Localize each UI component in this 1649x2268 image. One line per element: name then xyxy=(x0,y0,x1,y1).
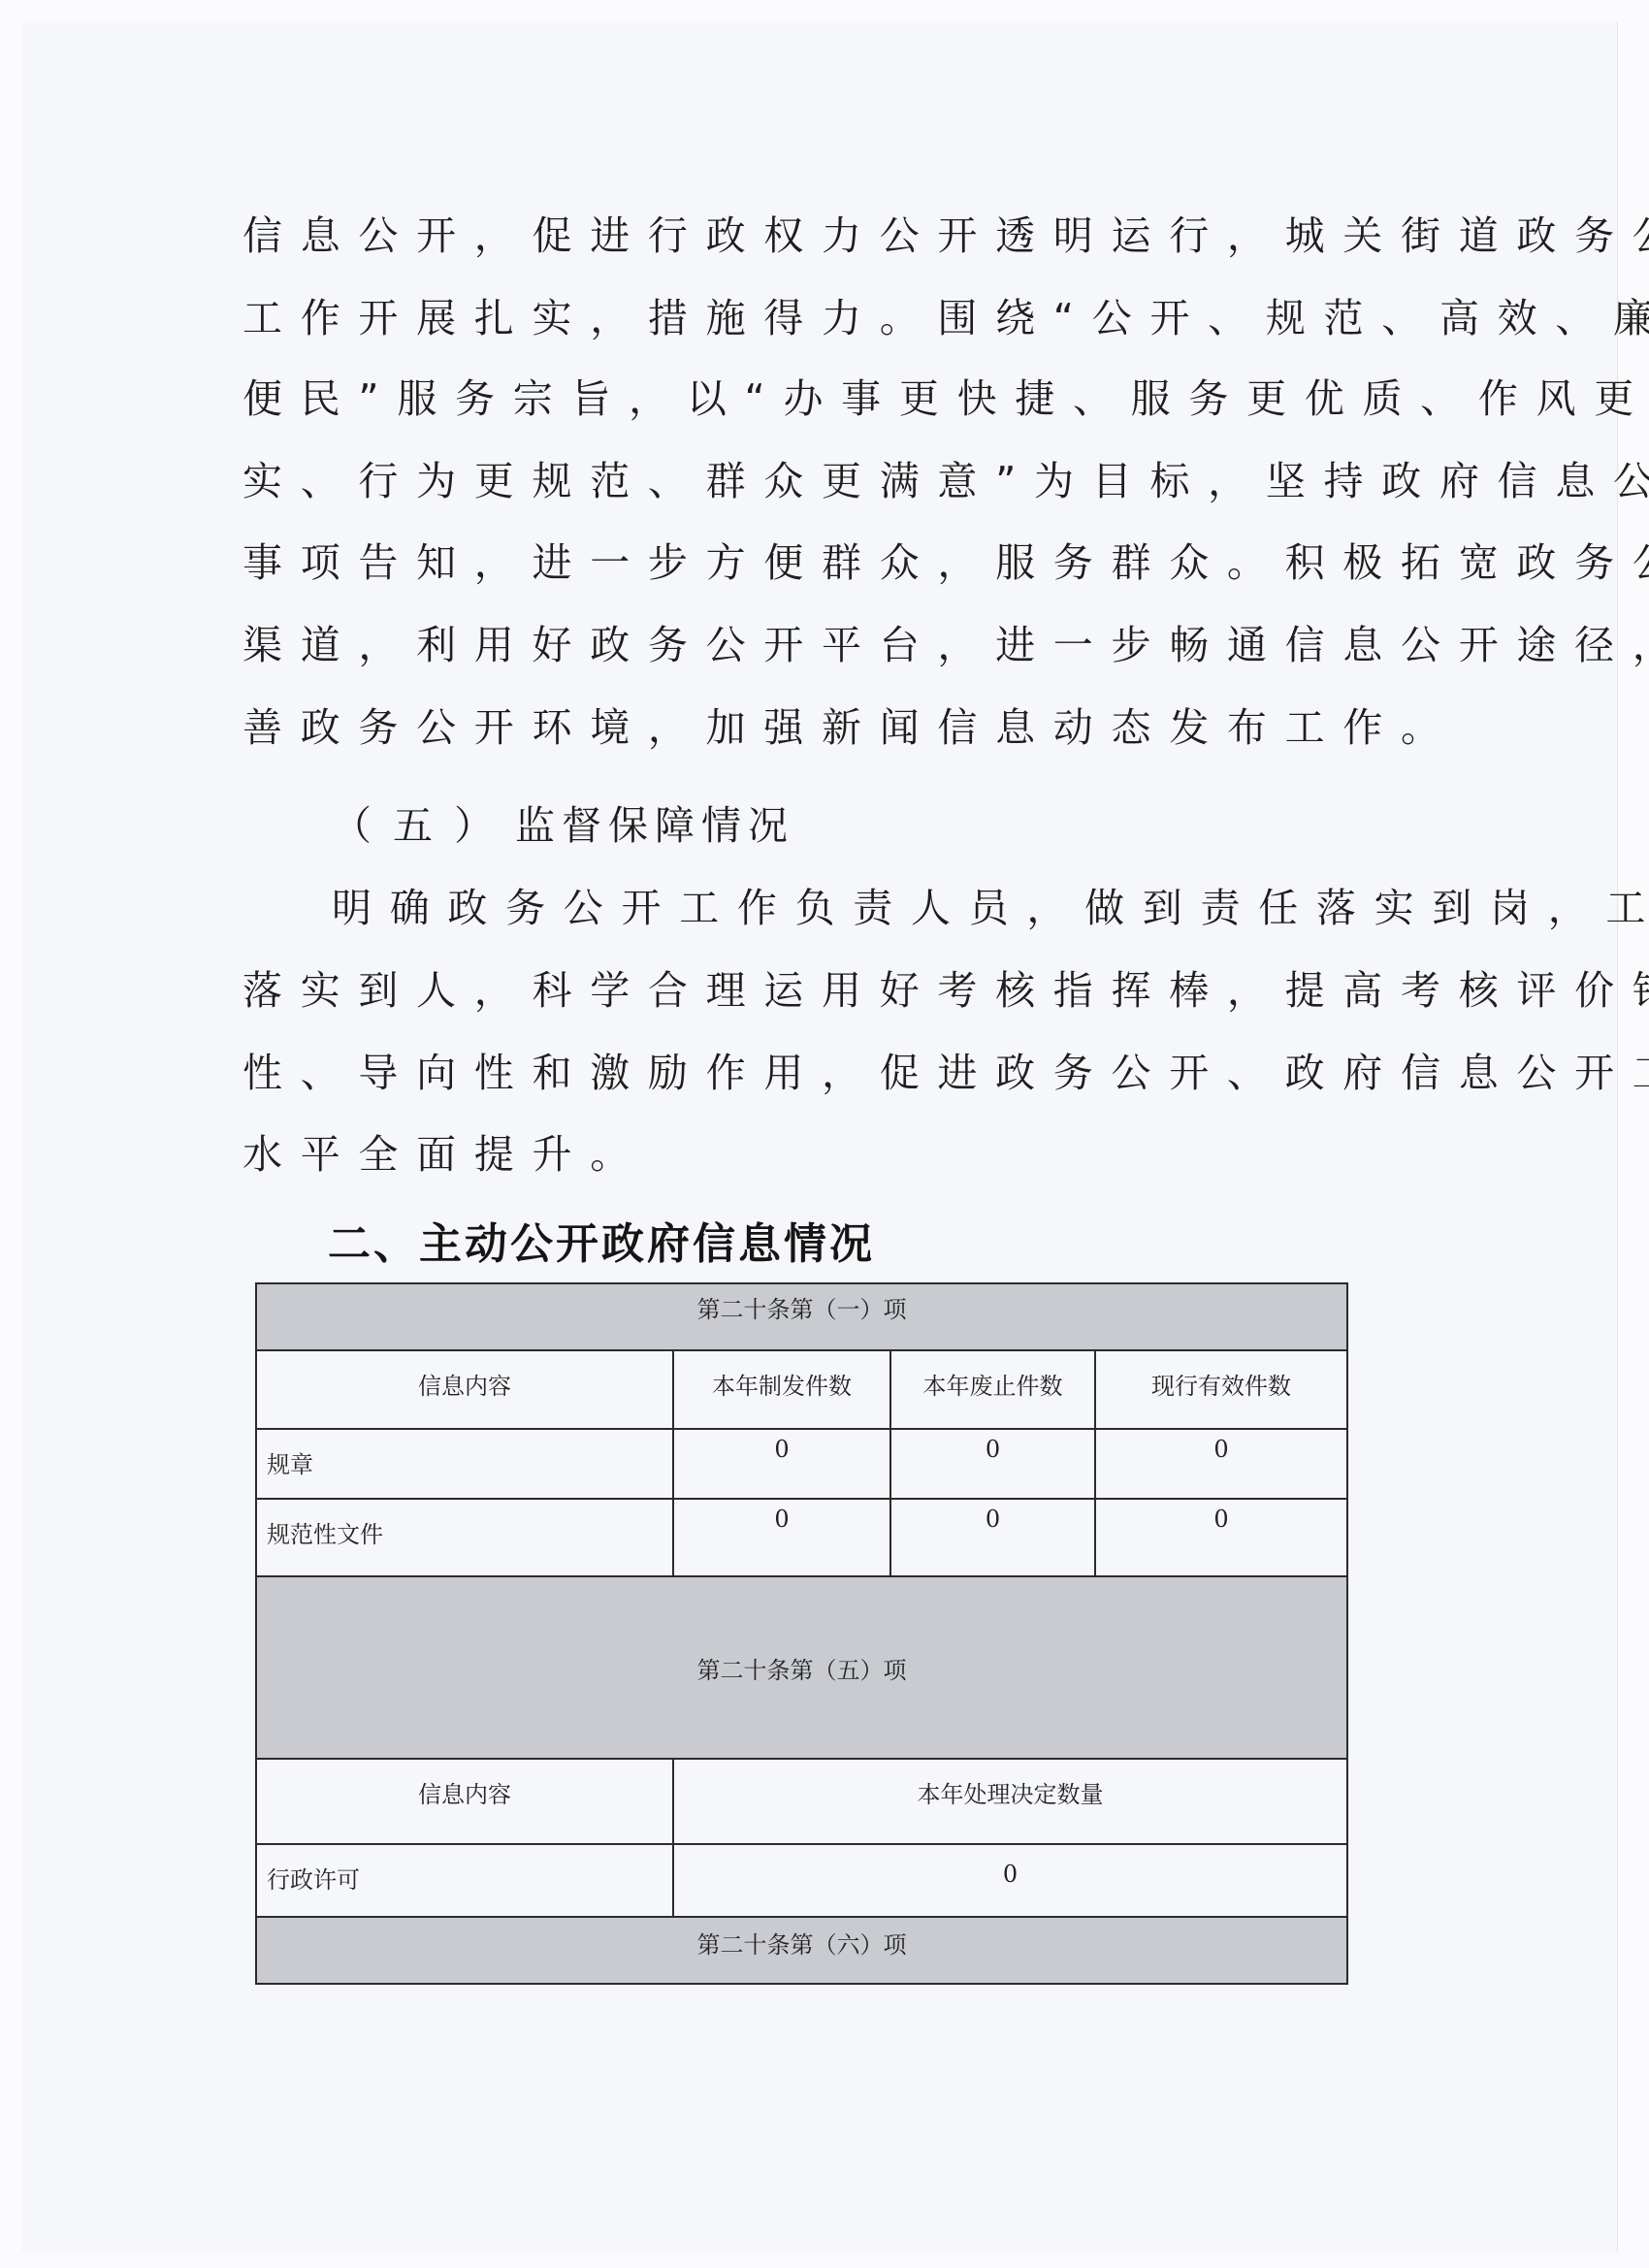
body-line: 水平全面提升。 xyxy=(242,1125,648,1183)
body-line: 明确政务公开工作负责人员，做到责任落实到岗，工作 xyxy=(332,879,1649,937)
section-title-cell: 第二十条第（五）项 xyxy=(256,1576,1347,1759)
body-line: 渠道，利用好政务公开平台，进一步畅通信息公开途径，改 xyxy=(242,616,1649,674)
table-section-band: 第二十条第（六）项 xyxy=(256,1917,1347,1984)
subsection-number: （五） xyxy=(332,802,515,849)
value-cell: 0 xyxy=(1095,1499,1347,1576)
body-line: 落实到人，科学合理运用好考核指挥棒，提高考核评价针对 xyxy=(242,961,1649,1020)
body-line: 性、导向性和激励作用，促进政务公开、政府信息公开工作 xyxy=(242,1044,1649,1102)
value-cell: 0 xyxy=(890,1429,1095,1499)
table-row: 规范性文件 0 0 0 xyxy=(256,1499,1347,1576)
header-cell: 信息内容 xyxy=(256,1350,673,1429)
table-row: 规章 0 0 0 xyxy=(256,1429,1347,1499)
header-cell: 本年制发件数 xyxy=(673,1350,890,1429)
header-cell: 本年处理决定数量 xyxy=(673,1759,1347,1844)
body-line: 信息公开，促进行政权力公开透明运行，城关街道政务公开 xyxy=(242,207,1649,265)
value-cell: 0 xyxy=(673,1429,890,1499)
row-label-cell: 规范性文件 xyxy=(256,1499,673,1576)
header-cell: 信息内容 xyxy=(256,1759,673,1844)
body-line: 事项告知，进一步方便群众，服务群众。积极拓宽政务公开 xyxy=(242,534,1649,592)
row-label-cell: 规章 xyxy=(256,1429,673,1499)
body-line: 实、行为更规范、群众更满意”为目标，坚持政府信息公开， xyxy=(242,452,1649,510)
body-line: 便民”服务宗旨，以“办事更快捷、服务更优质、作风更踏 xyxy=(242,370,1649,428)
table-section-band: 第二十条第（一）项 xyxy=(256,1283,1347,1350)
section-title-cell: 第二十条第（一）项 xyxy=(256,1283,1347,1350)
section-heading: 二、主动公开政府信息情况 xyxy=(328,1215,875,1274)
value-cell: 0 xyxy=(1095,1429,1347,1499)
value-cell: 0 xyxy=(673,1844,1347,1917)
disclosure-table: 第二十条第（一）项 信息内容 本年制发件数 本年废止件数 现行有效件数 规章 0… xyxy=(255,1282,1348,1985)
table-header-row: 信息内容 本年处理决定数量 xyxy=(256,1759,1347,1844)
header-cell: 现行有效件数 xyxy=(1095,1350,1347,1429)
value-cell: 0 xyxy=(673,1499,890,1576)
table-header-row: 信息内容 本年制发件数 本年废止件数 现行有效件数 xyxy=(256,1350,1347,1429)
body-line: 善政务公开环境，加强新闻信息动态发布工作。 xyxy=(242,698,1459,757)
body-line: 工作开展扎实，措施得力。围绕“公开、规范、高效、廉洁、 xyxy=(242,289,1649,347)
section-title-cell: 第二十条第（六）项 xyxy=(256,1917,1347,1984)
row-label-cell: 行政许可 xyxy=(256,1844,673,1917)
subsection-title: 监督保障情况 xyxy=(515,802,794,849)
table-section-band: 第二十条第（五）项 xyxy=(256,1576,1347,1759)
table-row: 行政许可 0 xyxy=(256,1844,1347,1917)
subsection-heading: （五）监督保障情况 xyxy=(332,796,794,855)
header-cell: 本年废止件数 xyxy=(890,1350,1095,1429)
value-cell: 0 xyxy=(890,1499,1095,1576)
